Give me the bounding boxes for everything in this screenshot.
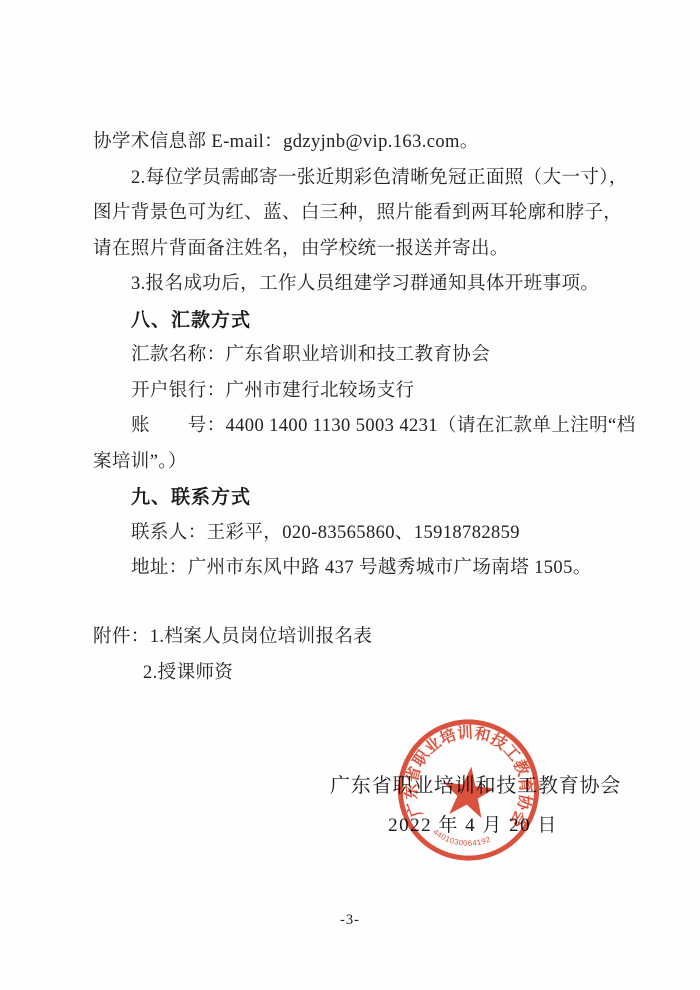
official-seal: 广东省职业培训和技工教育协会 4401030064192 <box>386 707 550 874</box>
section-heading-remittance: 八、汇款方式 <box>93 303 617 339</box>
seal-star-icon <box>439 763 497 819</box>
section-heading-contact: 九、联系方式 <box>93 480 617 516</box>
body-line-address: 地址：广州市东风中路 437 号越秀城市广场南塔 1505。 <box>93 551 617 587</box>
official-seal-graphic: 广东省职业培训和技工教育协会 4401030064192 <box>386 707 550 874</box>
attachment-item-2: 2.授课师资 <box>93 656 372 692</box>
document-page: 协学术信息部 E-mail：gdzyjnb@vip.163.com。 2.每位学… <box>0 0 700 990</box>
body-line: 汇款名称：广东省职业培训和技工教育协会 <box>93 338 617 374</box>
attachments-list: 附件：1.档案人员岗位培训报名表 2.授课师资 <box>93 620 372 691</box>
body-line: 开户银行：广州市建行北较场支行 <box>93 374 617 410</box>
body-line: 案培训”。） <box>93 445 617 481</box>
document-body: 协学术信息部 E-mail：gdzyjnb@vip.163.com。 2.每位学… <box>93 125 617 587</box>
attachment-item-1: 附件：1.档案人员岗位培训报名表 <box>93 620 372 656</box>
body-line-account-number: 账 号：4400 1400 1130 5003 4231（请在汇款单上注明“档 <box>93 409 617 445</box>
body-line-contact-person: 联系人：王彩平，020-83565860、15918782859 <box>93 516 617 552</box>
body-line: 3.报名成功后，工作人员组建学习群通知具体开班事项。 <box>93 267 617 303</box>
body-line: 2.每位学员需邮寄一张近期彩色清晰免冠正面照（大一寸）， <box>93 161 617 197</box>
body-line: 协学术信息部 E-mail：gdzyjnb@vip.163.com。 <box>93 125 617 161</box>
seal-code-text: 4401030064192 <box>430 827 493 852</box>
body-line: 图片背景色可为红、蓝、白三种，照片能看到两耳轮廓和脖子， <box>93 196 617 232</box>
body-line: 请在照片背面备注姓名，由学校统一报送并寄出。 <box>93 232 617 268</box>
svg-text:4401030064192: 4401030064192 <box>430 827 493 852</box>
page-number: -3- <box>0 912 700 929</box>
